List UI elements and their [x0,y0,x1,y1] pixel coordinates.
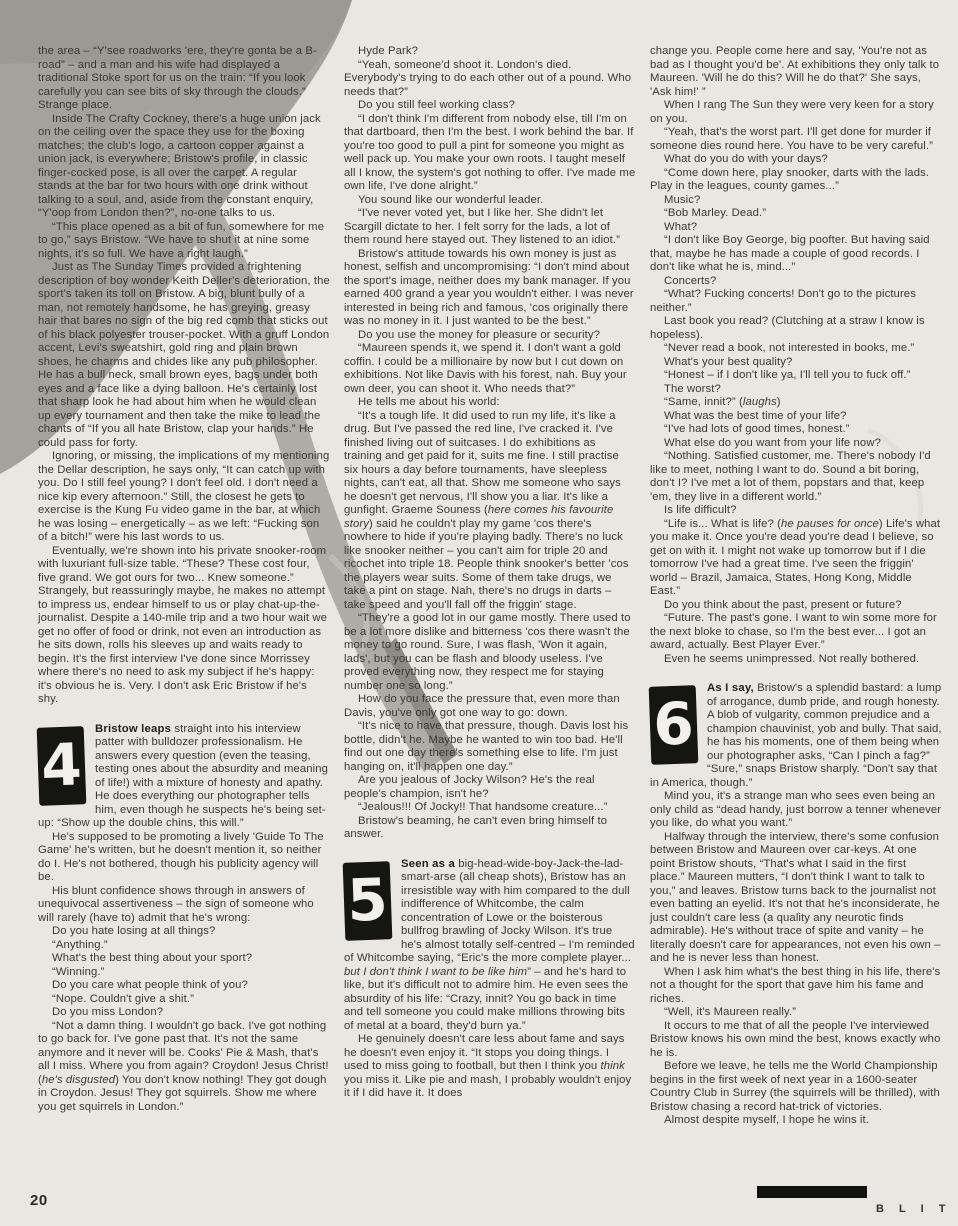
paragraph: the area – “Y'see roadworks 'ere, they'r… [38,45,330,113]
dropcap-paragraph: 4Bristow leaps straight into his intervi… [38,723,330,831]
paragraph: Music? [650,194,942,208]
paragraph: “Future. The past's gone. I want to win … [650,612,942,653]
paragraph: Are you jealous of Jocky Wilson? He's th… [344,774,636,801]
magazine-page: the area – “Y'see roadworks 'ere, they'r… [0,0,958,1226]
paragraph: “Nothing. Satisfied customer, me. There'… [650,450,942,504]
paragraph: “Come down here, play snooker, darts wit… [650,167,942,194]
paragraph: Just as The Sunday Times provided a frig… [38,261,330,450]
paragraph: “Winning.” [38,966,330,980]
paragraph: Hyde Park? [344,45,636,59]
paragraph: Bristow's beaming, he can't even bring h… [344,815,636,842]
paragraph: He's supposed to be promoting a lively '… [38,831,330,885]
paragraph: What was the best time of your life? [650,410,942,424]
paragraph: “I don't think I'm different from nobody… [344,113,636,194]
paragraph: Do you think about the past, present or … [650,599,942,613]
paragraph: “Never read a book, not interested in bo… [650,342,942,356]
paragraph: “Same, innit?” (laughs) [650,396,942,410]
paragraph: Ignoring, or missing, the implications o… [38,450,330,545]
paragraph: When I rang The Sun they were very keen … [650,99,942,126]
paragraph: What do you do with your days? [650,153,942,167]
paragraph: Halfway through the interview, there's s… [650,831,942,966]
paragraph: He tells me about his world: [344,396,636,410]
footer-black-bar [757,1186,867,1198]
paragraph: Inside The Crafty Cockney, there's a hug… [38,113,330,221]
paragraph: Last book you read? (Clutching at a stra… [650,315,942,342]
paragraph: “This place opened as a bit of fun, some… [38,221,330,262]
paragraph: Bristow's attitude towards his own money… [344,248,636,329]
paragraph: “Jealous!!! Of Jocky!! That handsome cre… [344,801,636,815]
magazine-logo: B L I T Z [876,1203,958,1215]
dropcap-paragraph: 5Seen as a big-head-wide-boy-Jack-the-la… [344,858,636,1034]
paragraph: “Bob Marley. Dead.” [650,207,942,221]
dropcap-numeral-5: 5 [343,861,393,941]
paragraph: Before we leave, he tells me the World C… [650,1060,942,1114]
paragraph: “Anything.” [38,939,330,953]
dropcap-numeral-4: 4 [37,726,87,806]
paragraph: “I've had lots of good times, honest.” [650,423,942,437]
paragraph: “Life is... What is life? (he pauses for… [650,518,942,599]
column-right: change you. People come here and say, 'Y… [650,45,942,1128]
paragraph: What? [650,221,942,235]
paragraph: “It's nice to have that pressure, though… [344,720,636,774]
paragraph: Do you miss London? [38,1006,330,1020]
paragraph: “Nope. Couldn't give a shit.” [38,993,330,1007]
paragraph: “Not a damn thing. I wouldn't go back. I… [38,1020,330,1115]
paragraph: His blunt confidence shows through in an… [38,885,330,926]
paragraph: Mind you, it's a strange man who sees ev… [650,790,942,831]
column-left: the area – “Y'see roadworks 'ere, they'r… [38,45,330,1128]
column-middle: Hyde Park?“Yeah, someone'd shoot it. Lon… [344,45,636,1128]
paragraph: “Maureen spends it, we spend it. I don't… [344,342,636,396]
paragraph: When I ask him what's the best thing in … [650,966,942,1007]
paragraph: Even he seems unimpressed. Not really bo… [650,653,942,667]
paragraph: “Yeah, that's the worst part. I'll get d… [650,126,942,153]
paragraph: Eventually, we're shown into his private… [38,545,330,707]
paragraph: You sound like our wonderful leader. [344,194,636,208]
paragraph: “What? Fucking concerts! Don't go to the… [650,288,942,315]
paragraph: Do you care what people think of you? [38,979,330,993]
paragraph: “They're a good lot in our game mostly. … [344,612,636,693]
paragraph: What's your best quality? [650,356,942,370]
paragraph: change you. People come here and say, 'Y… [650,45,942,99]
paragraph: He genuinely doesn't care less about fam… [344,1033,636,1101]
paragraph-lead-in: As I say, [707,682,757,694]
paragraph-lead-in: Bristow leaps [95,723,174,735]
paragraph: “I've never voted yet, but I like her. S… [344,207,636,248]
paragraph: “Honest – if I don't like ya, I'll tell … [650,369,942,383]
paragraph: “Yeah, someone'd shoot it. London's died… [344,59,636,100]
paragraph: The worst? [650,383,942,397]
paragraph: “Well, it's Maureen really.” [650,1006,942,1020]
paragraph: It occurs to me that of all the people I… [650,1020,942,1061]
paragraph: What else do you want from your life now… [650,437,942,451]
paragraph: How do you face the pressure that, even … [344,693,636,720]
dropcap-paragraph: 6As I say, Bristow's a splendid bastard:… [650,682,942,790]
dropcap-numeral-6: 6 [649,685,699,765]
paragraph: Is life difficult? [650,504,942,518]
paragraph-lead-in: Seen as a [401,858,458,870]
paragraph: “It's a tough life. It did used to run m… [344,410,636,613]
paragraph: Do you hate losing at all things? [38,925,330,939]
article-columns: the area – “Y'see roadworks 'ere, they'r… [38,45,942,1128]
paragraph: What's the best thing about your sport? [38,952,330,966]
page-number: 20 [30,1192,48,1209]
paragraph: Almost despite myself, I hope he wins it… [650,1114,942,1128]
paragraph: “I don't like Boy George, big poofter. B… [650,234,942,275]
paragraph: Concerts? [650,275,942,289]
paragraph: Do you still feel working class? [344,99,636,113]
paragraph: Do you use the money for pleasure or sec… [344,329,636,343]
